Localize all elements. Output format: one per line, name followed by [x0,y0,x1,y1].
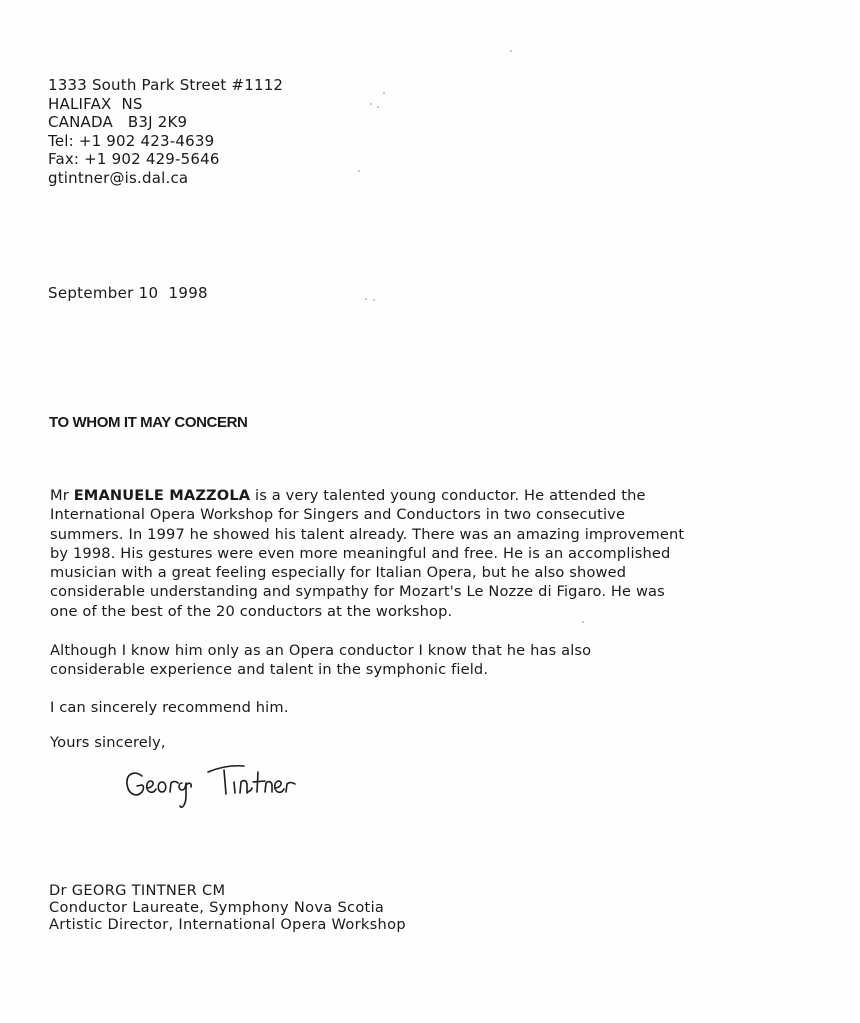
paragraph-line: by 1998. His gestures were even more mea… [50,544,820,563]
paragraph-line: considerable experience and talent in th… [50,660,820,679]
scan-speck [373,299,375,301]
signer-title-1: Conductor Laureate, Symphony Nova Scotia [49,899,406,916]
sender-country: CANADA B3J 2K9 [48,113,283,132]
scan-speck [358,170,360,172]
paragraph-3: I can sincerely recommend him. [50,698,820,717]
paragraph-line: International Opera Workshop for Singers… [50,505,820,524]
sender-street: 1333 South Park Street #1112 [48,76,283,95]
scan-speck [383,92,385,94]
letter-date: September 10 1998 [48,284,208,302]
handwritten-signature [120,752,370,822]
recipient-prefix: Mr [50,487,74,504]
scan-speck [377,106,379,108]
letter-body: Mr EMANUELE MAZZOLA is a very talented y… [50,486,820,752]
scan-speck [365,298,367,300]
sender-fax: Fax: +1 902 429-5646 [48,150,283,169]
letter-page: 1333 South Park Street #1112 HALIFAX NS … [0,0,860,1023]
paragraph-line: considerable understanding and sympathy … [50,582,820,601]
scan-speck [510,50,512,52]
paragraph-line: one of the best of the 20 conductors at … [50,602,820,621]
paragraph-1: Mr EMANUELE MAZZOLA is a very talented y… [50,486,820,621]
paragraph-line: Mr EMANUELE MAZZOLA is a very talented y… [50,486,820,505]
signer-name: Dr GEORG TINTNER CM [49,882,406,899]
sender-tel: Tel: +1 902 423-4639 [48,132,283,151]
candidate-name: EMANUELE MAZZOLA [74,487,251,504]
sender-city: HALIFAX NS [48,95,283,114]
paragraph-line: musician with a great feeling especially… [50,563,820,582]
paragraph-text: is a very talented young conductor. He a… [250,487,645,504]
salutation-heading: TO WHOM IT MAY CONCERN [49,414,247,431]
signoff-block: Dr GEORG TINTNER CM Conductor Laureate, … [49,882,406,933]
closing: Yours sincerely, [50,733,820,752]
scan-speck [370,103,372,105]
signature-icon [120,752,370,822]
sender-email: gtintner@is.dal.ca [48,169,283,188]
sender-address-block: 1333 South Park Street #1112 HALIFAX NS … [48,76,283,187]
paragraph-line: summers. In 1997 he showed his talent al… [50,525,820,544]
paragraph-2: Although I know him only as an Opera con… [50,641,820,680]
signer-title-2: Artistic Director, International Opera W… [49,916,406,933]
paragraph-line: Although I know him only as an Opera con… [50,641,820,660]
